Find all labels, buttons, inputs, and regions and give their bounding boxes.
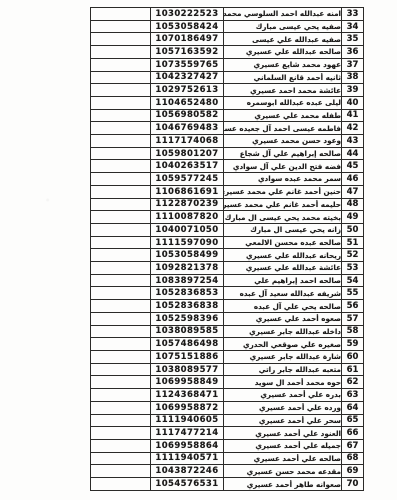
national-id-cell: 1069958864 (151, 439, 224, 452)
name-cell: ريحانه عبدالله علي عسيري (224, 249, 342, 262)
table-row: 1030222523 امنه عبدالله احمد السلوسي محم… (91, 8, 364, 21)
table-row: 1042327427 ثانيه أحمد قانع السلماني 38 (91, 71, 364, 84)
table-row: 1104652480 ليلى عبده عبدالله ابوسمره 40 (91, 96, 364, 109)
row-number-cell: 58 (342, 325, 364, 338)
row-number-cell: 33 (342, 8, 364, 21)
table-row: 1106861691 حنين أحمد غانم علي محمد عسيري… (91, 185, 364, 198)
row-number-cell: 53 (342, 262, 364, 275)
row-number-cell: 35 (342, 33, 364, 46)
national-id-cell: 1111940571 (151, 452, 224, 465)
row-number-cell: 42 (342, 122, 364, 135)
name-cell: ثانيه أحمد قانع السلماني (224, 71, 342, 84)
name-cell: صالحه عبده محسن الالمعي (224, 236, 342, 249)
table-row: 1073559765 عهود محمد شايع عسيري 37 (91, 58, 364, 71)
national-id-cell: 1111940605 (151, 414, 224, 427)
table-row: 1059801207 صالحه إبراهيم علي آل شجاع 44 (91, 147, 364, 160)
empty-cell (91, 478, 151, 491)
name-cell: عائشة محمد احمد عسيري (224, 84, 342, 97)
name-cell: صالحه يحي علي آل عبده (224, 300, 342, 313)
row-number-cell: 65 (342, 414, 364, 427)
table-row: 1056980582 طفله محمد علي عسيري 41 (91, 109, 364, 122)
empty-cell (91, 452, 151, 465)
table-row: 1040071050 زانه يحي عيسى ال مبارك 50 (91, 223, 364, 236)
name-cell: ليلى عبده عبدالله ابوسمره (224, 96, 342, 109)
table-row: 1040263517 فضه فتح الدين علي آل سوادي 45 (91, 160, 364, 173)
name-cell: طفله محمد علي عسيري (224, 109, 342, 122)
table-row: 1053058424 صفيه يحي عيسى مبارك 34 (91, 20, 364, 33)
row-number-cell: 46 (342, 173, 364, 186)
empty-cell (91, 401, 151, 414)
name-cell: صالحه علي أحمد عسيري (224, 452, 342, 465)
national-id-cell: 1038089577 (151, 363, 224, 376)
row-number-cell: 61 (342, 363, 364, 376)
national-id-cell: 1070186497 (151, 33, 224, 46)
national-id-cell: 1053058499 (151, 249, 224, 262)
name-cell: جميله علي أحمد عسيري (224, 439, 342, 452)
name-cell: صغيره علي صوقعي الحدري (224, 338, 342, 351)
empty-cell (91, 338, 151, 351)
table-row: 1124368471 بدره علي أحمد عسيري 63 (91, 389, 364, 402)
name-cell: شريفه عبدالله سعيد آل عبده (224, 287, 342, 300)
national-id-cell: 1110087820 (151, 211, 224, 224)
name-cell: بخيته محمد يحي عيسى ال مبارك (224, 211, 342, 224)
name-cell: صالحه احمد إبراهيم علي (224, 274, 342, 287)
row-number-cell: 54 (342, 274, 364, 287)
table-row: 1054576531 صعوانه طاهر أحمد عسيري 70 (91, 478, 364, 491)
name-cell: شارة عبدالله جابر عسيري (224, 350, 342, 363)
name-cell: امنه عبدالله احمد السلوسي محمد (224, 8, 342, 21)
empty-cell (91, 350, 151, 363)
row-number-cell: 68 (342, 452, 364, 465)
row-number-cell: 70 (342, 478, 364, 491)
national-id-cell: 1042327427 (151, 71, 224, 84)
name-cell: حوه محمد أحمد ال سويد (224, 376, 342, 389)
row-number-cell: 43 (342, 135, 364, 148)
empty-cell (91, 8, 151, 21)
national-id-cell: 1083897254 (151, 274, 224, 287)
row-number-cell: 51 (342, 236, 364, 249)
row-number-cell: 66 (342, 427, 364, 440)
empty-cell (91, 287, 151, 300)
row-number-cell: 38 (342, 71, 364, 84)
empty-cell (91, 135, 151, 148)
table-row: 1038089585 داخله عبدالله جابر عسيري 58 (91, 325, 364, 338)
table-row: 1117477214 العنود علي أحمد عسيري 66 (91, 427, 364, 440)
empty-cell (91, 414, 151, 427)
table-row: 1083897254 صالحه احمد إبراهيم علي 54 (91, 274, 364, 287)
empty-cell (91, 223, 151, 236)
name-cell: حنين أحمد غانم علي محمد عسيري (224, 185, 342, 198)
table-row: 1117174068 وعود حسن محمد عسيري 43 (91, 135, 364, 148)
name-cell: سحر علي أحمد عسيري (224, 414, 342, 427)
row-number-cell: 60 (342, 350, 364, 363)
national-id-cell: 1073559765 (151, 58, 224, 71)
row-number-cell: 37 (342, 58, 364, 71)
row-number-cell: 48 (342, 198, 364, 211)
row-number-cell: 44 (342, 147, 364, 160)
table-row: 1122870239 حليمه أحمد غانم علي محمد عسير… (91, 198, 364, 211)
name-cell: عائشة عبدالله علي عسيري (224, 262, 342, 275)
row-number-cell: 67 (342, 439, 364, 452)
row-number-cell: 40 (342, 96, 364, 109)
table-row: 1069958849 حوه محمد أحمد ال سويد 62 (91, 376, 364, 389)
row-number-cell: 34 (342, 20, 364, 33)
name-cell: صعوانه طاهر أحمد عسيري (224, 478, 342, 491)
empty-cell (91, 198, 151, 211)
row-number-cell: 69 (342, 465, 364, 478)
name-cell: فاطمه عيسى احمد آل جعيده عسيري (224, 122, 342, 135)
table-row: 1075151886 شارة عبدالله جابر عسيري 60 (91, 350, 364, 363)
row-number-cell: 56 (342, 300, 364, 313)
row-number-cell: 63 (342, 389, 364, 402)
national-id-cell: 1053058424 (151, 20, 224, 33)
national-id-cell: 1069958872 (151, 401, 224, 414)
name-cell: العنود علي أحمد عسيري (224, 427, 342, 440)
empty-cell (91, 109, 151, 122)
row-number-cell: 45 (342, 160, 364, 173)
national-id-cell: 1030222523 (151, 8, 224, 21)
table-row: 1046769483 فاطمه عيسى احمد آل جعيده عسير… (91, 122, 364, 135)
name-cell: صالحه عبدالله علي عسيري (224, 46, 342, 59)
empty-cell (91, 122, 151, 135)
empty-cell (91, 33, 151, 46)
national-id-cell: 1052598396 (151, 312, 224, 325)
name-cell: مقدعه محمد حسن عسيري (224, 465, 342, 478)
empty-cell (91, 274, 151, 287)
row-number-cell: 55 (342, 287, 364, 300)
table-row: 1111597090 صالحه عبده محسن الالمعي 51 (91, 236, 364, 249)
empty-cell (91, 465, 151, 478)
name-cell: فضه فتح الدين علي آل سوادي (224, 160, 342, 173)
national-id-cell: 1117477214 (151, 427, 224, 440)
empty-cell (91, 20, 151, 33)
name-cell: زانه يحي عيسى ال مبارك (224, 223, 342, 236)
national-id-cell: 1069958849 (151, 376, 224, 389)
empty-cell (91, 58, 151, 71)
table-row: 1053058499 ريحانه عبدالله علي عسيري 52 (91, 249, 364, 262)
name-cell: صفيه عبدالله علي عيسى (224, 33, 342, 46)
table-row: 1092821378 عائشة عبدالله علي عسيري 53 (91, 262, 364, 275)
national-id-cell: 1040071050 (151, 223, 224, 236)
empty-cell (91, 236, 151, 249)
table-row: 1069958864 جميله علي أحمد عسيري 67 (91, 439, 364, 452)
table-row: 1029752613 عائشة محمد احمد عسيري 39 (91, 84, 364, 97)
national-id-cell: 1057163592 (151, 46, 224, 59)
empty-cell (91, 389, 151, 402)
row-number-cell: 39 (342, 84, 364, 97)
table-row: 1052598396 صعوه أحمد علي عسيري 57 (91, 312, 364, 325)
row-number-cell: 57 (342, 312, 364, 325)
empty-cell (91, 71, 151, 84)
empty-cell (91, 262, 151, 275)
national-id-cell: 1059577245 (151, 173, 224, 186)
table-row: 1069958872 ورده علي أحمد عسيري 64 (91, 401, 364, 414)
table-row: 1111940571 صالحه علي أحمد عسيري 68 (91, 452, 364, 465)
national-id-cell: 1054576531 (151, 478, 224, 491)
table-row: 1052836853 شريفه عبدالله سعيد آل عبده 55 (91, 287, 364, 300)
empty-cell (91, 84, 151, 97)
national-id-cell: 1124368471 (151, 389, 224, 402)
empty-cell (91, 160, 151, 173)
national-id-cell: 1117174068 (151, 135, 224, 148)
name-cell: ورده علي أحمد عسيري (224, 401, 342, 414)
national-id-cell: 1122870239 (151, 198, 224, 211)
national-id-cell: 1092821378 (151, 262, 224, 275)
name-cell: صالحه إبراهيم علي آل شجاع (224, 147, 342, 160)
roster-table: 1030222523 امنه عبدالله احمد السلوسي محم… (90, 7, 364, 491)
empty-cell (91, 439, 151, 452)
row-number-cell: 41 (342, 109, 364, 122)
table-row: 1070186497 صفيه عبدالله علي عيسى 35 (91, 33, 364, 46)
empty-cell (91, 300, 151, 313)
row-number-cell: 59 (342, 338, 364, 351)
empty-cell (91, 46, 151, 59)
row-number-cell: 50 (342, 223, 364, 236)
national-id-cell: 1056980582 (151, 109, 224, 122)
table-row: 1059577245 سمر محمد عبده سوادي 46 (91, 173, 364, 186)
row-number-cell: 52 (342, 249, 364, 262)
table-row: 1057486498 صغيره علي صوقعي الحدري 59 (91, 338, 364, 351)
empty-cell (91, 173, 151, 186)
national-id-cell: 1040263517 (151, 160, 224, 173)
national-id-cell: 1043872246 (151, 465, 224, 478)
empty-cell (91, 325, 151, 338)
national-id-cell: 1052836853 (151, 287, 224, 300)
national-id-cell: 1046769483 (151, 122, 224, 135)
table-row: 1043872246 مقدعه محمد حسن عسيري 69 (91, 465, 364, 478)
national-id-cell: 1052836838 (151, 300, 224, 313)
name-cell: بدره علي أحمد عسيري (224, 389, 342, 402)
empty-cell (91, 211, 151, 224)
empty-cell (91, 96, 151, 109)
national-id-cell: 1059801207 (151, 147, 224, 160)
empty-cell (91, 147, 151, 160)
name-cell: صعوه أحمد علي عسيري (224, 312, 342, 325)
name-cell: وعود حسن محمد عسيري (224, 135, 342, 148)
row-number-cell: 47 (342, 185, 364, 198)
empty-cell (91, 363, 151, 376)
empty-cell (91, 427, 151, 440)
table-row: 1110087820 بخيته محمد يحي عيسى ال مبارك … (91, 211, 364, 224)
table-row: 1038089577 متعبه عبدالله جابر راتي 61 (91, 363, 364, 376)
row-number-cell: 36 (342, 46, 364, 59)
empty-cell (91, 185, 151, 198)
empty-cell (91, 376, 151, 389)
row-number-cell: 62 (342, 376, 364, 389)
national-id-cell: 1106861691 (151, 185, 224, 198)
scanned-page: 1030222523 امنه عبدالله احمد السلوسي محم… (0, 0, 397, 500)
name-cell: سمر محمد عبده سوادي (224, 173, 342, 186)
empty-cell (91, 312, 151, 325)
national-id-cell: 1075151886 (151, 350, 224, 363)
name-cell: عهود محمد شايع عسيري (224, 58, 342, 71)
national-id-cell: 1111597090 (151, 236, 224, 249)
name-cell: متعبه عبدالله جابر راتي (224, 363, 342, 376)
row-number-cell: 64 (342, 401, 364, 414)
national-id-cell: 1038089585 (151, 325, 224, 338)
name-cell: داخله عبدالله جابر عسيري (224, 325, 342, 338)
national-id-cell: 1104652480 (151, 96, 224, 109)
table-row: 1111940605 سحر علي أحمد عسيري 65 (91, 414, 364, 427)
name-cell: صفيه يحي عيسى مبارك (224, 20, 342, 33)
name-cell: حليمه أحمد غانم علي محمد عسيري (224, 198, 342, 211)
national-id-cell: 1057486498 (151, 338, 224, 351)
roster-table-body: 1030222523 امنه عبدالله احمد السلوسي محم… (91, 8, 364, 491)
national-id-cell: 1029752613 (151, 84, 224, 97)
table-row: 1057163592 صالحه عبدالله علي عسيري 36 (91, 46, 364, 59)
row-number-cell: 49 (342, 211, 364, 224)
empty-cell (91, 249, 151, 262)
table-row: 1052836838 صالحه يحي علي آل عبده 56 (91, 300, 364, 313)
